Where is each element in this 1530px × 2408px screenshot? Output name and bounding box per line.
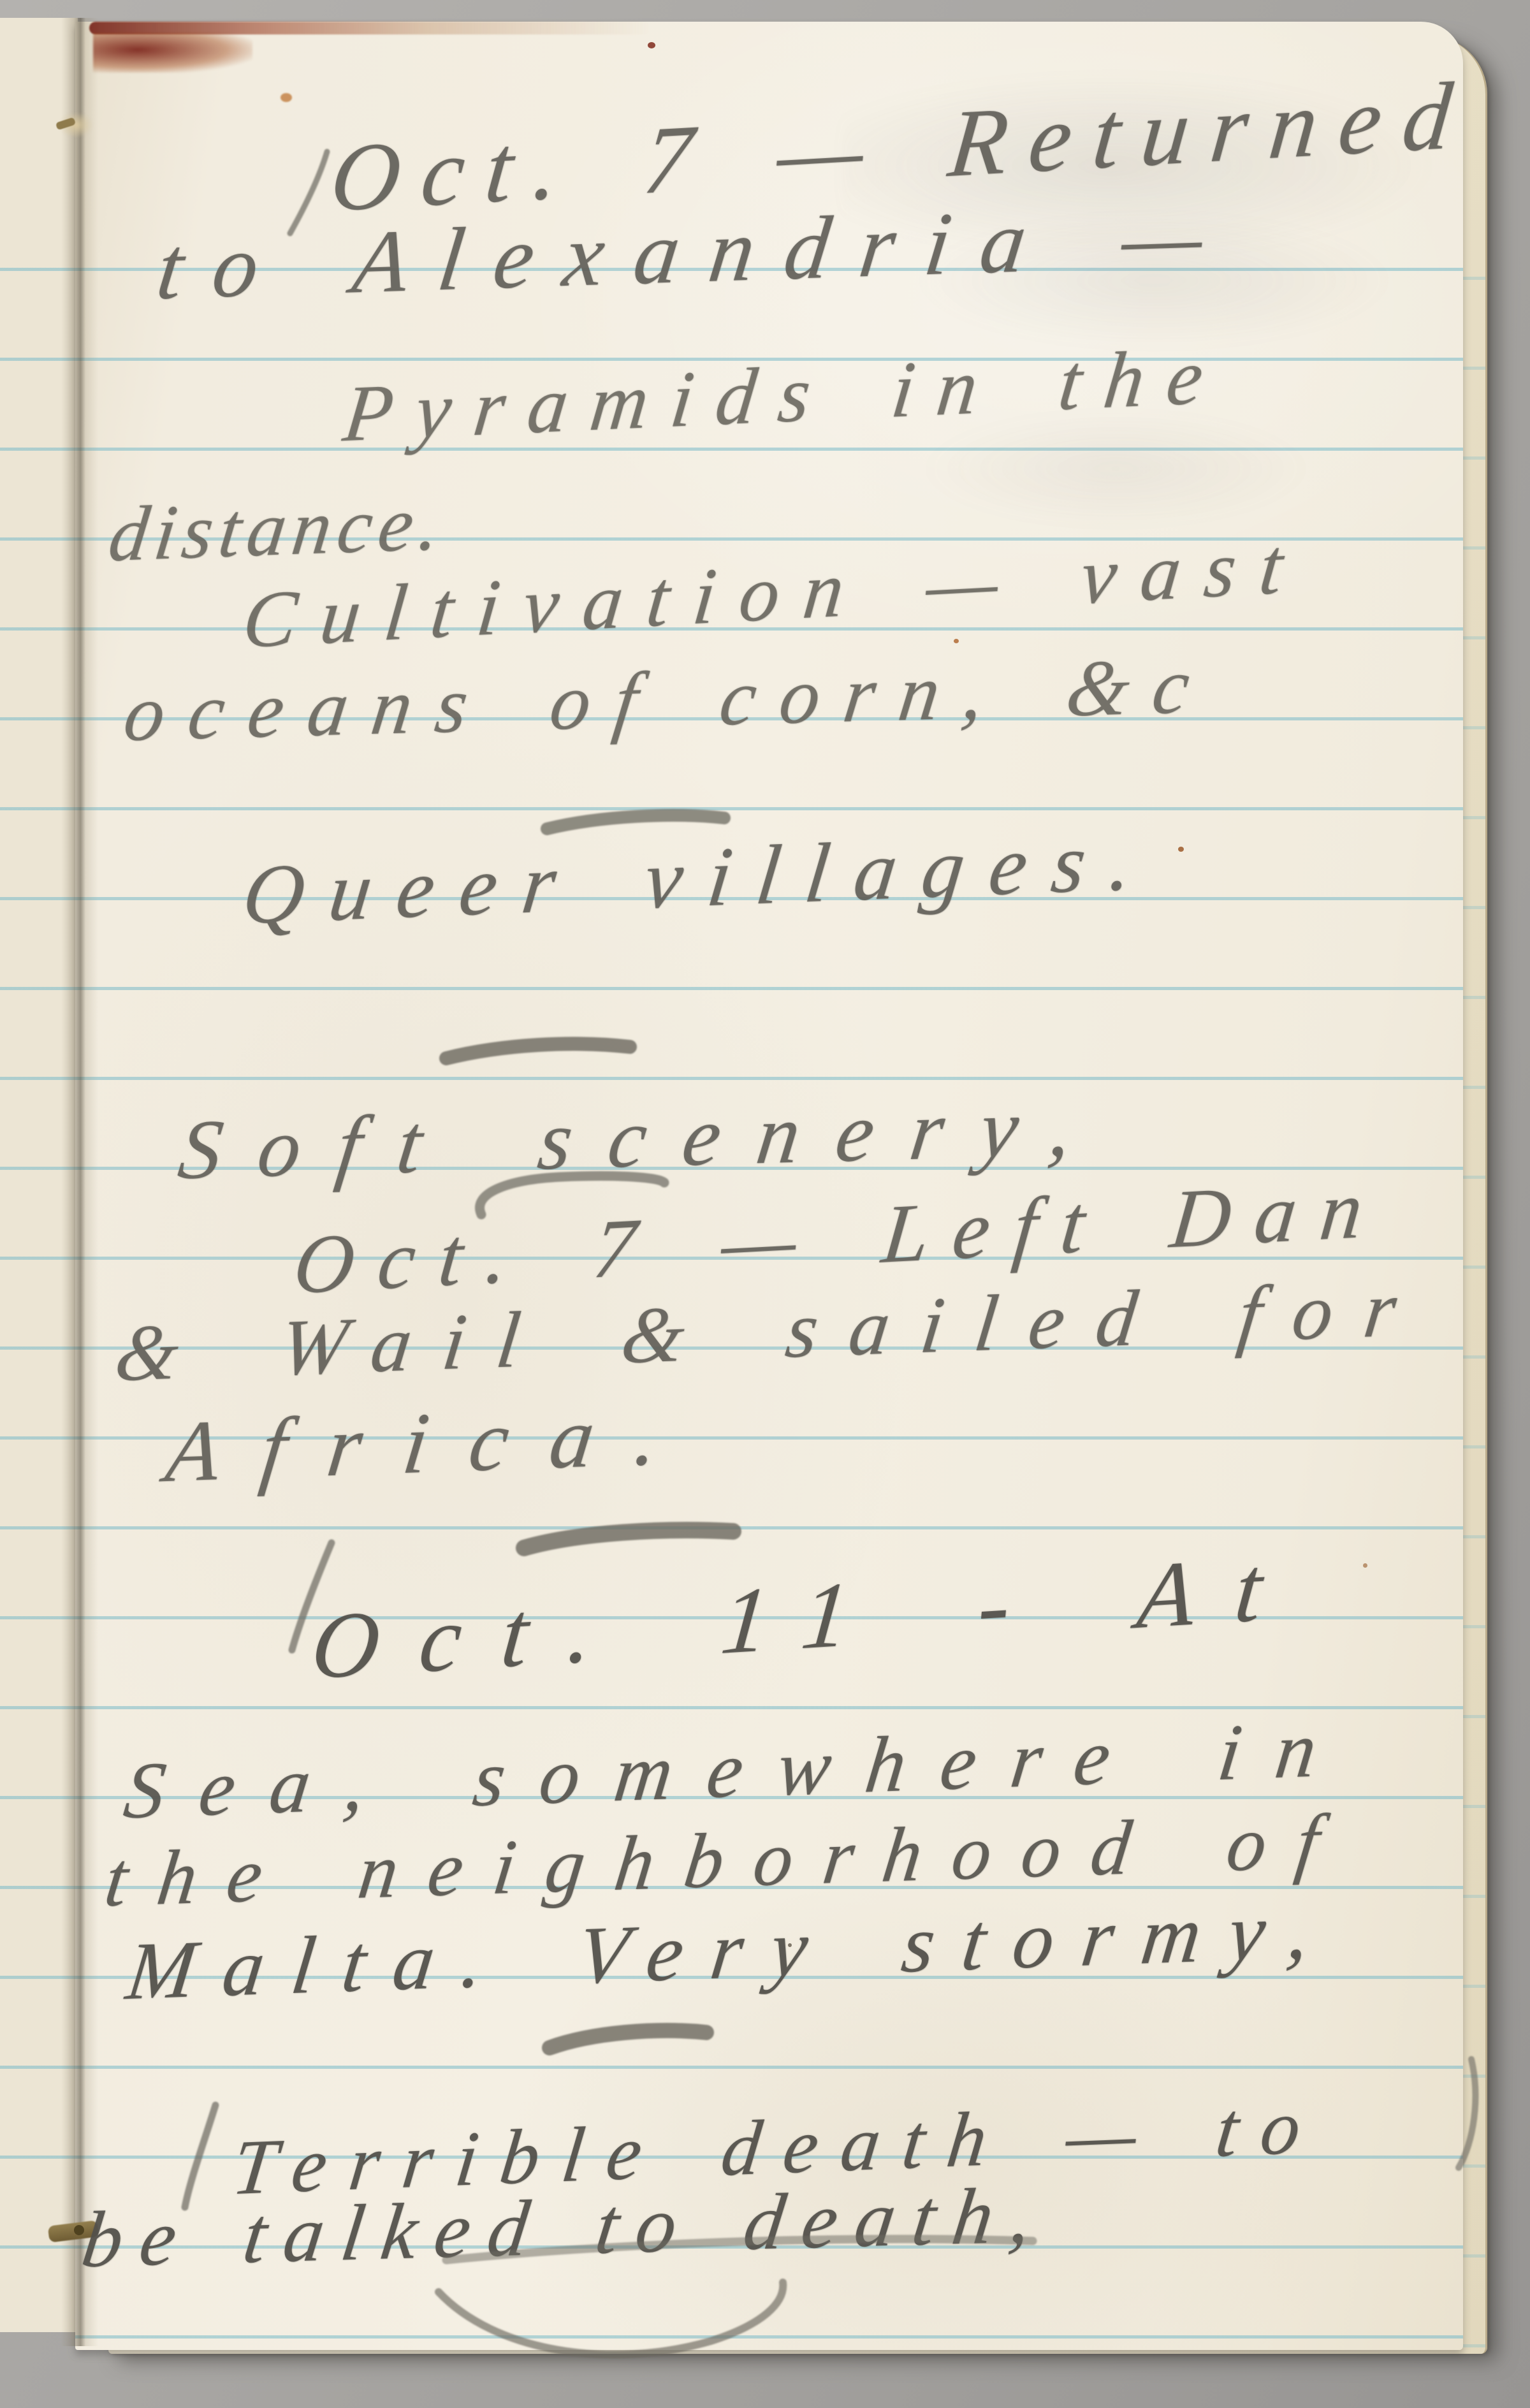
ruled-lines-facing-page	[0, 268, 78, 2327]
paper-speck	[954, 639, 959, 643]
binding-thread-knot	[74, 2225, 84, 2235]
paper-speck	[1178, 847, 1184, 852]
diary-line-11: Africa.	[162, 1390, 705, 1496]
paper-speck	[1363, 1563, 1367, 1568]
notebook-scan: Oct. 7 — Returned to Alexandria — Pyrami…	[0, 0, 1530, 2408]
diary-line-4: distance.	[105, 484, 450, 574]
facing-page-edge	[0, 18, 78, 2332]
